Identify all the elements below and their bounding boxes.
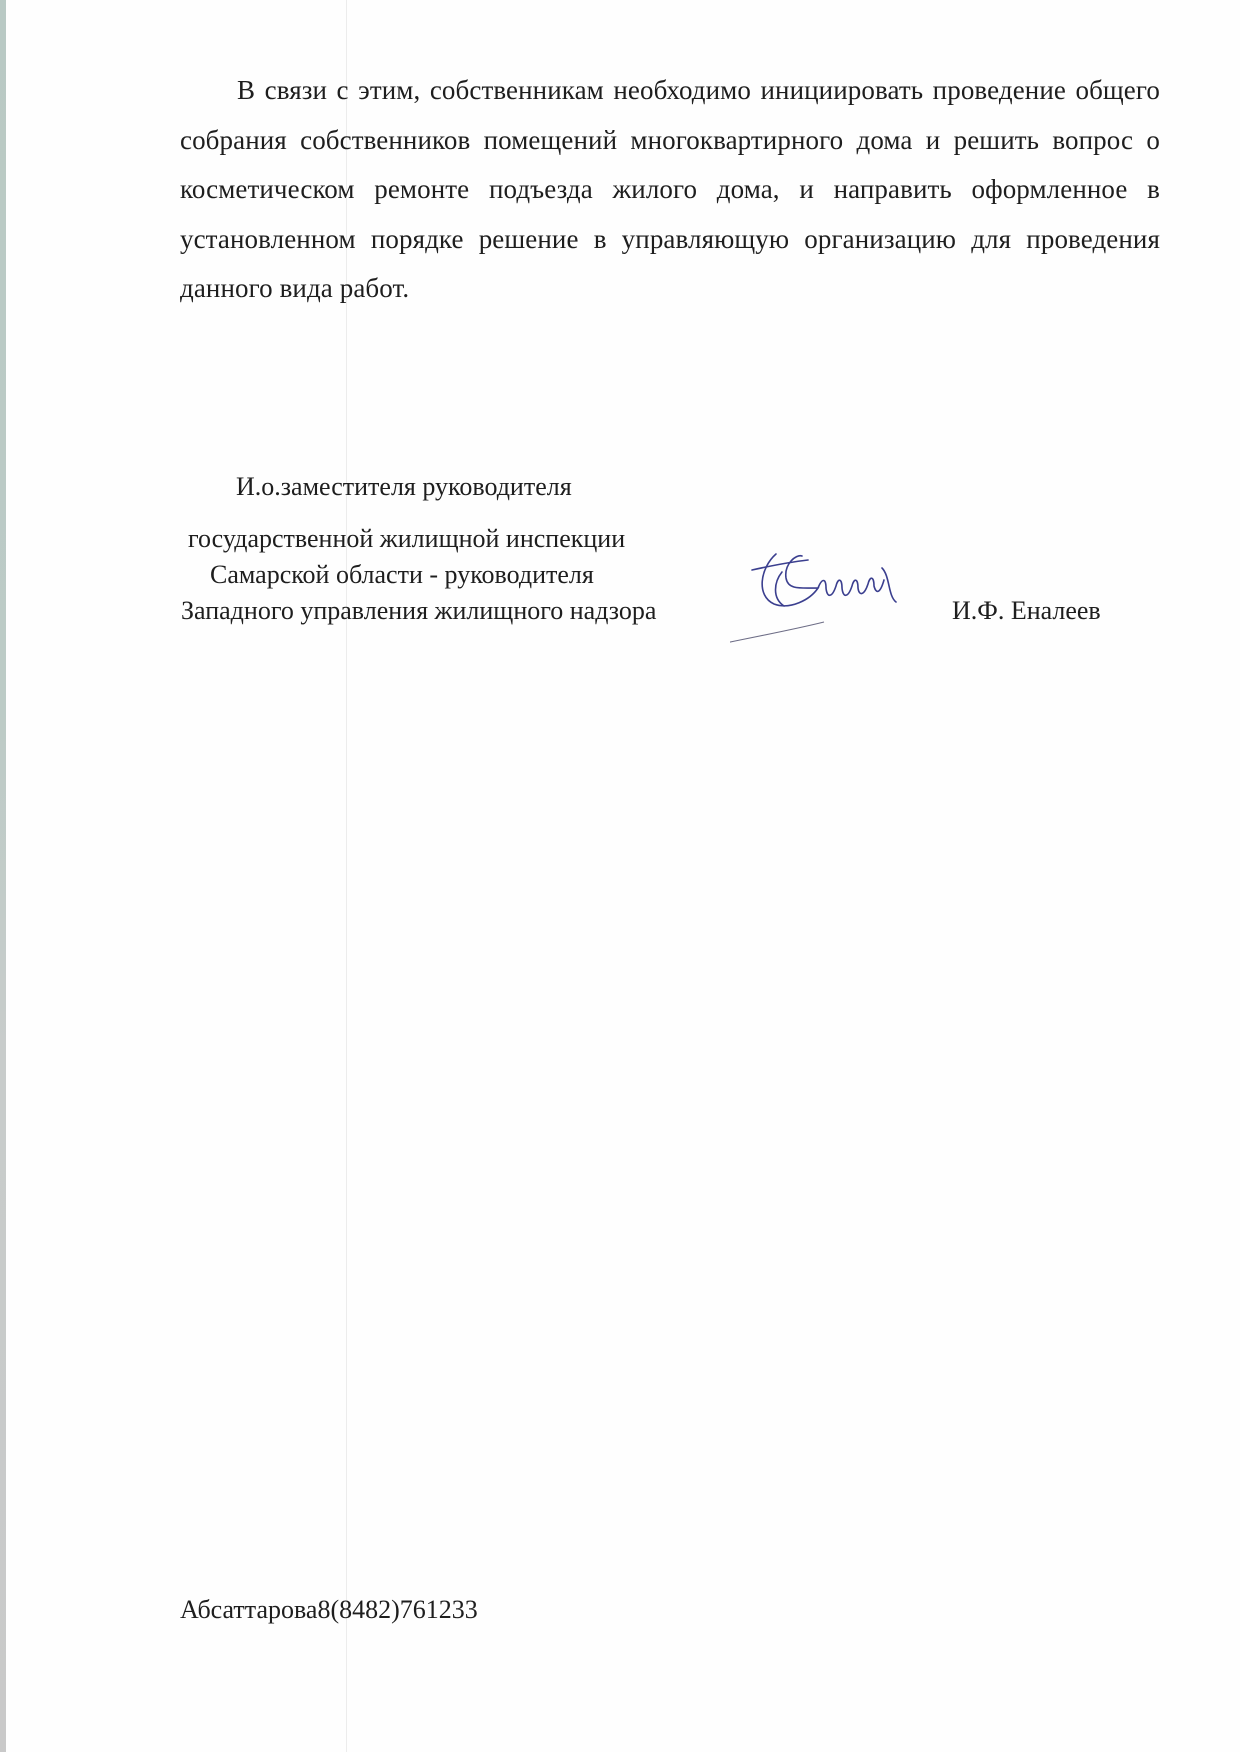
- executor-contact: Абсаттарова8(8482)761233: [180, 1595, 478, 1625]
- signer-title-line-2: государственной жилищной инспекции: [188, 524, 625, 554]
- signer-title-line-3: Самарской области - руководителя: [210, 560, 594, 590]
- signer-title-line-1: И.о.заместителя руководителя: [236, 472, 572, 502]
- signature-block: И.о.заместителя руководителя государстве…: [0, 0, 1240, 800]
- signer-title-line-4: Западного управления жилищного надзора: [181, 596, 656, 626]
- handwritten-signature-icon: [730, 548, 930, 698]
- signer-name: И.Ф. Еналеев: [952, 596, 1101, 626]
